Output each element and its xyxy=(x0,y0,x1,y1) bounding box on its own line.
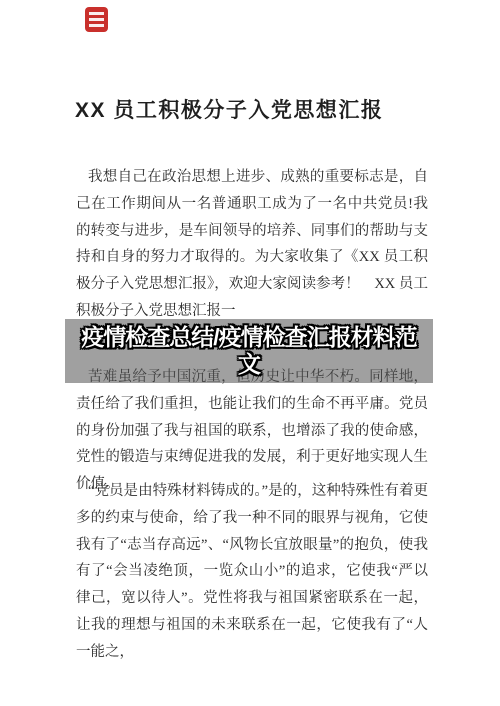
red-badge-icon xyxy=(85,7,108,32)
red-badge-glyph xyxy=(89,12,104,15)
document-title: XX 员工积极分子入党思想汇报 xyxy=(75,94,383,124)
paragraph-intro: 我想自己在政治思想上进步、成熟的重要标志是，自己在工作期间从一名普通职工成为了一… xyxy=(76,164,428,325)
watermark-banner-text-line2: 文 xyxy=(238,351,260,378)
watermark-banner: 疫情检查总结/疫情检查汇报材料范 文 xyxy=(65,319,433,383)
watermark-banner-text-line1: 疫情检查总结/疫情检查汇报材料范 xyxy=(81,324,416,351)
paragraph-body-2: “党员是由特殊材料铸成的。”是的，这种特殊性有着更多的约束与使命，给了我一种不同… xyxy=(76,478,428,666)
document-page: XX 员工积极分子入党思想汇报 我想自己在政治思想上进步、成熟的重要标志是，自己… xyxy=(0,0,500,706)
